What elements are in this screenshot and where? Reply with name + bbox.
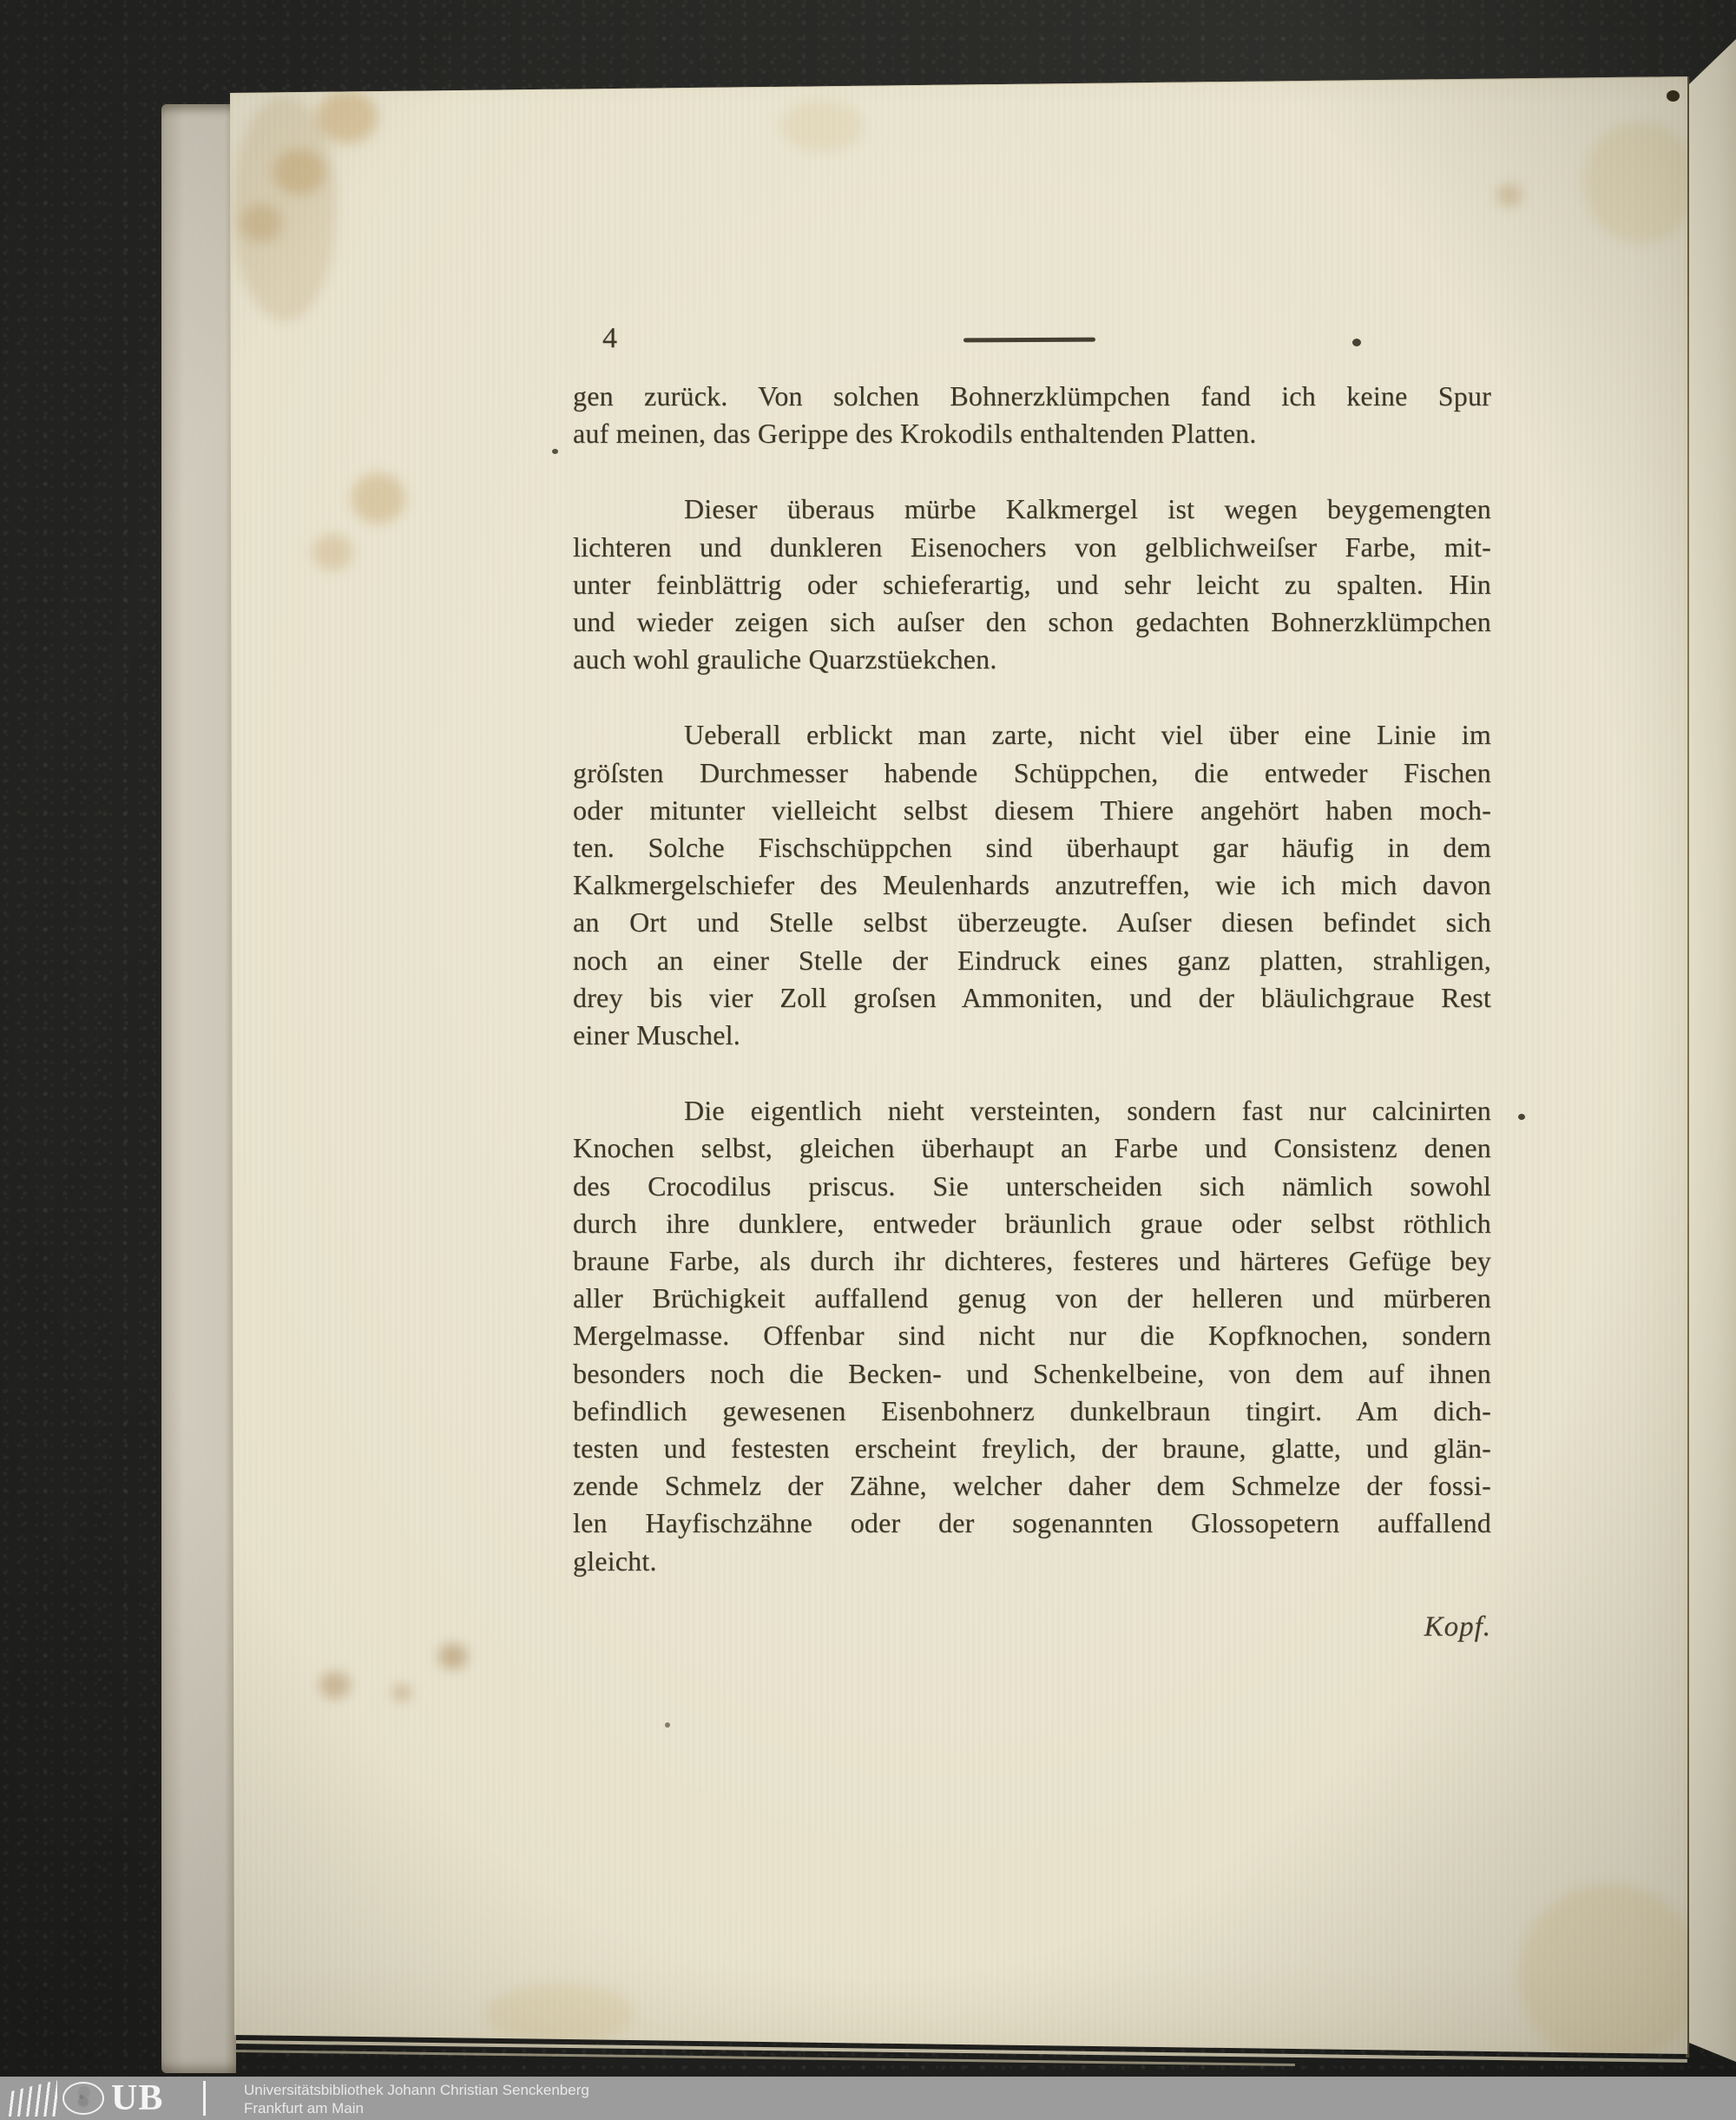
text-line: und wieder zeigen sich auſser den schon … — [573, 603, 1491, 641]
separator-rule — [963, 338, 1095, 343]
paragraph: Die eigentlich nieht versteinten, sonder… — [573, 1092, 1491, 1580]
foxing-stain — [233, 95, 337, 321]
foxing-stain — [352, 473, 405, 523]
text-line: einer Muschel. — [573, 1017, 1491, 1054]
foxing-stain — [312, 534, 352, 570]
book-page: 4 gen zurück. Von solchen Bohnerzklümpch… — [0, 0, 1736, 2120]
text-line: Ueberall erblickt man zarte, nicht viel … — [573, 716, 1491, 754]
ink-speck — [552, 449, 558, 454]
text-line: oder mitunter vielleicht selbst diesem T… — [573, 792, 1491, 829]
library-caption: Universitätsbibliothek Johann Christian … — [244, 2081, 589, 2117]
ink-speck — [1667, 90, 1680, 102]
paragraph: gen zurück. Von solchen Bohnerzklümpchen… — [573, 378, 1491, 452]
paragraph: Ueberall erblickt man zarte, nicht viel … — [573, 716, 1491, 1054]
text-line: gen zurück. Von solchen Bohnerzklümpchen… — [573, 378, 1491, 415]
text-line: Dieser überaus mürbe Kalkmergel ist wege… — [573, 490, 1491, 528]
text-line: Knochen selbst, gleichen überhaupt an Fa… — [573, 1129, 1491, 1167]
foxing-stain — [392, 1684, 411, 1702]
text-line: durch ihre dunklere, entweder bräunlich … — [573, 1205, 1491, 1242]
text-line: des Crocodilus priscus. Sie unterscheide… — [573, 1168, 1491, 1205]
foxing-stain — [1519, 1884, 1701, 2066]
ink-speck — [1518, 1114, 1525, 1120]
ub-logo-text: UB — [111, 2077, 163, 2119]
text-line: drey bis vier Zoll groſsen Ammoniten, un… — [573, 979, 1491, 1017]
paragraph: Dieser überaus mürbe Kalkmergel ist wege… — [573, 490, 1491, 678]
ink-speck — [1352, 339, 1361, 346]
text-line: gleicht. — [573, 1543, 1491, 1580]
text-line: auch wohl grauliche Quarzstüekchen. — [573, 641, 1491, 678]
library-footer-bar: UB Universitätsbibliothek Johann Christi… — [0, 2077, 1736, 2120]
text-line: lichteren und dunkleren Eisenochers von … — [573, 529, 1491, 566]
text-line: Mergelmasse. Offenbar sind nicht nur die… — [573, 1317, 1491, 1354]
text-line: ten. Solche Fischschüppchen sind überhau… — [573, 829, 1491, 866]
foxing-stain — [1584, 122, 1697, 243]
text-line: gröſsten Durchmesser habende Schüppchen,… — [573, 754, 1491, 792]
page-stack-left-edge — [161, 104, 236, 2073]
text-line: testen und festesten erscheint freylich,… — [573, 1430, 1491, 1467]
text-line: aller Brüchigkeit auffallend genug von d… — [573, 1280, 1491, 1317]
text-line: besonders noch die Becken- und Schenkelb… — [573, 1355, 1491, 1392]
goethe-portrait-icon — [62, 2082, 104, 2115]
text-line: Die eigentlich nieht versteinten, sonder… — [573, 1092, 1491, 1129]
foxing-stain — [486, 1984, 634, 2044]
page-text-block: gen zurück. Von solchen Bohnerzklümpchen… — [573, 378, 1491, 1580]
book-spines-icon — [7, 2080, 57, 2117]
text-line: auf meinen, das Gerippe des Krokodils en… — [573, 415, 1491, 452]
foxing-stain — [438, 1643, 468, 1669]
library-name: Universitätsbibliothek Johann Christian … — [244, 2081, 589, 2099]
facing-page-edge — [1689, 39, 1736, 2062]
ub-logo: UB — [0, 2077, 217, 2120]
text-line: an Ort und Stelle selbst überzeugte. Auſ… — [573, 904, 1491, 941]
logo-divider — [203, 2081, 206, 2116]
library-city: Frankfurt am Main — [244, 2099, 589, 2117]
text-line: Kalkmergelschiefer des Meulenhards anzut… — [573, 866, 1491, 904]
ink-speck — [665, 1722, 670, 1728]
catchword: Kopf. — [573, 1611, 1491, 1643]
foxing-stain — [317, 91, 378, 143]
page-number: 4 — [602, 322, 617, 355]
scanned-book-photo: 4 gen zurück. Von solchen Bohnerzklümpch… — [0, 0, 1736, 2120]
foxing-stain — [781, 100, 864, 152]
foxing-stain — [1497, 184, 1522, 207]
text-line: befindlich gewesenen Eisenbohnerz dunkel… — [573, 1392, 1491, 1430]
text-line: len Hayfischzähne oder der sogenannten G… — [573, 1504, 1491, 1542]
text-line: unter feinblättrig oder schieferartig, u… — [573, 566, 1491, 603]
text-line: zende Schmelz der Zähne, welcher daher d… — [573, 1467, 1491, 1504]
text-line: braune Farbe, als durch ihr dichteres, f… — [573, 1242, 1491, 1280]
foxing-stain — [319, 1671, 351, 1699]
text-line: noch an einer Stelle der Eindruck eines … — [573, 942, 1491, 979]
